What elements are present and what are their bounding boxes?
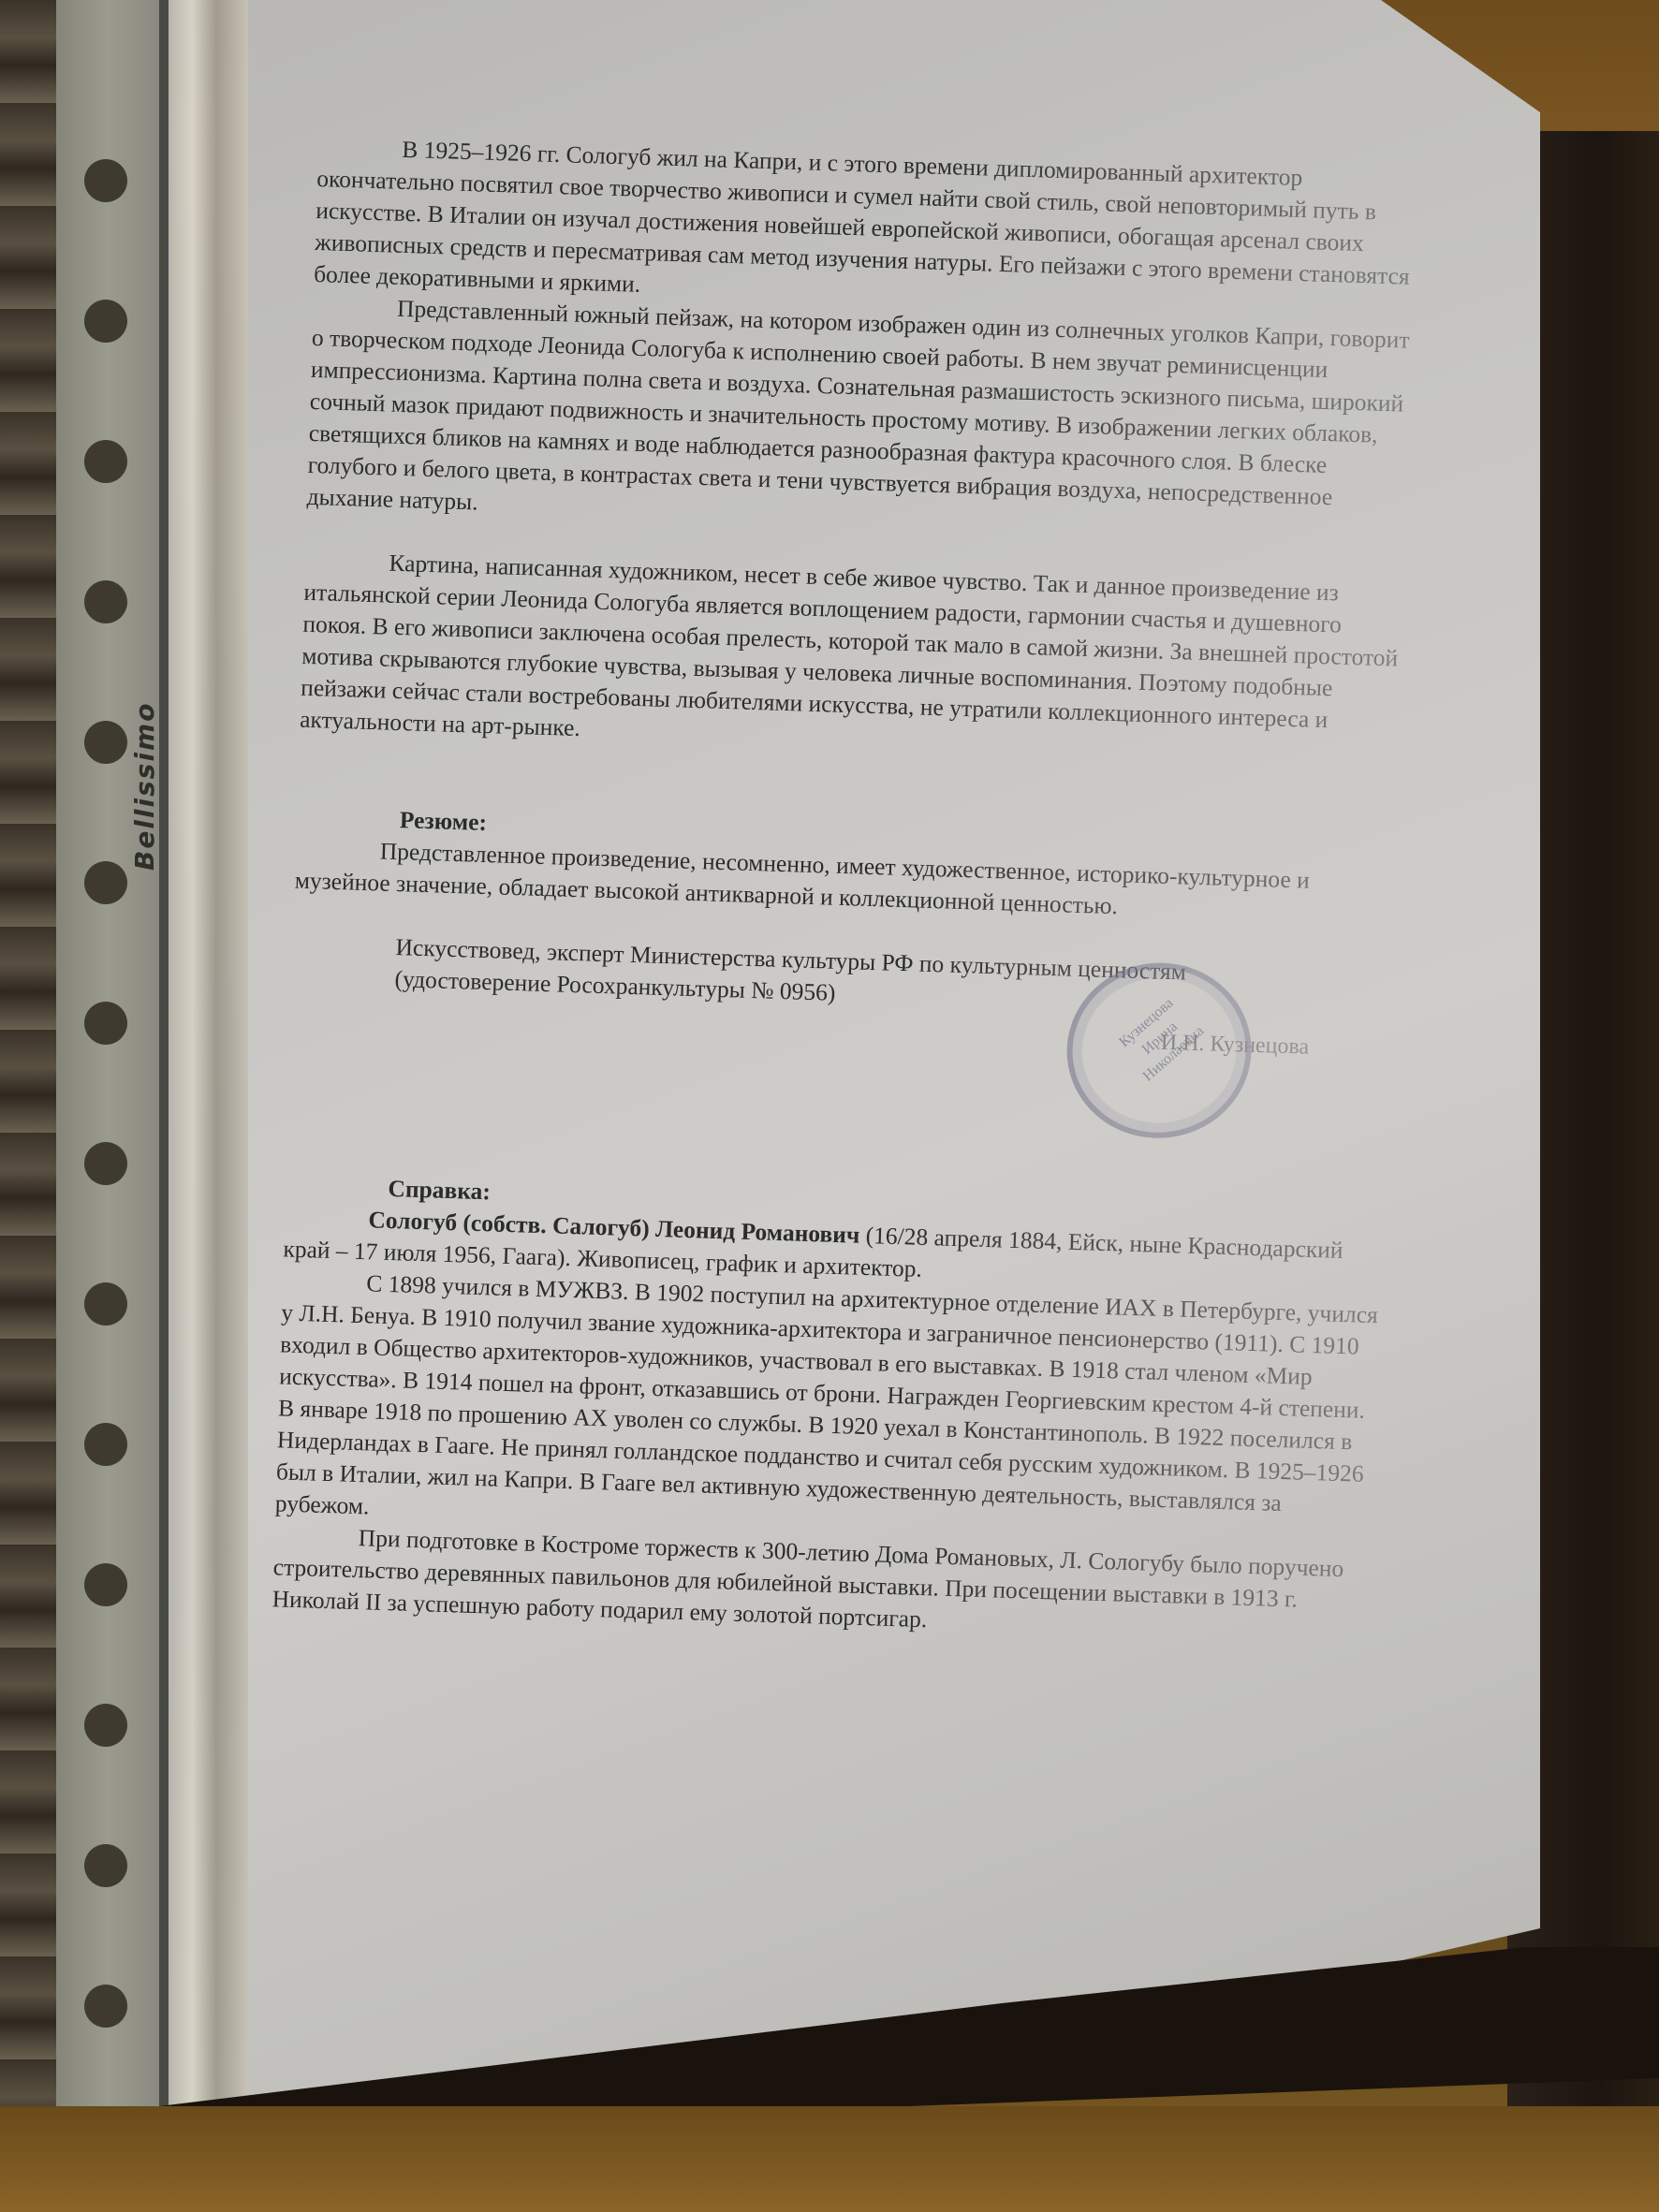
binder-hole	[84, 1002, 127, 1045]
wooden-surface	[0, 2106, 1659, 2212]
paragraph-landscape: Представленный южный пейзаж, на котором …	[306, 290, 1417, 548]
binder-hole	[84, 580, 127, 623]
binder-hole	[84, 1282, 127, 1326]
binder-hole	[84, 440, 127, 483]
background-shelf	[0, 0, 56, 2212]
binder-hole	[84, 1423, 127, 1466]
plastic-sleeve-glare	[169, 0, 248, 2106]
binder-hole	[84, 1985, 127, 2028]
binder-hole	[84, 861, 127, 904]
binder-hole	[84, 159, 127, 202]
document-text: В 1925–1926 гг. Сологуб жил на Капри, и …	[272, 131, 1422, 1649]
binder-hole	[84, 721, 127, 764]
expert-signature: Искусствовед, эксперт Министерства культ…	[287, 929, 1397, 1139]
binder-hole	[84, 1142, 127, 1185]
binder-sleeve-strip: Bellissimo	[56, 0, 172, 2116]
paragraph-feeling: Картина, написанная художником, несет в …	[300, 545, 1410, 770]
binder-brand-label: Bellissimo	[129, 702, 160, 871]
binder-hole	[84, 1704, 127, 1747]
expert-name: И.Н. Кузнецова	[1160, 1027, 1309, 1063]
binder-hole	[84, 1563, 127, 1606]
binder-hole	[84, 300, 127, 343]
binder-hole	[84, 1844, 127, 1887]
reference-biography: С 1898 учился в МУЖВЗ. В 1902 поступил н…	[274, 1265, 1387, 1554]
